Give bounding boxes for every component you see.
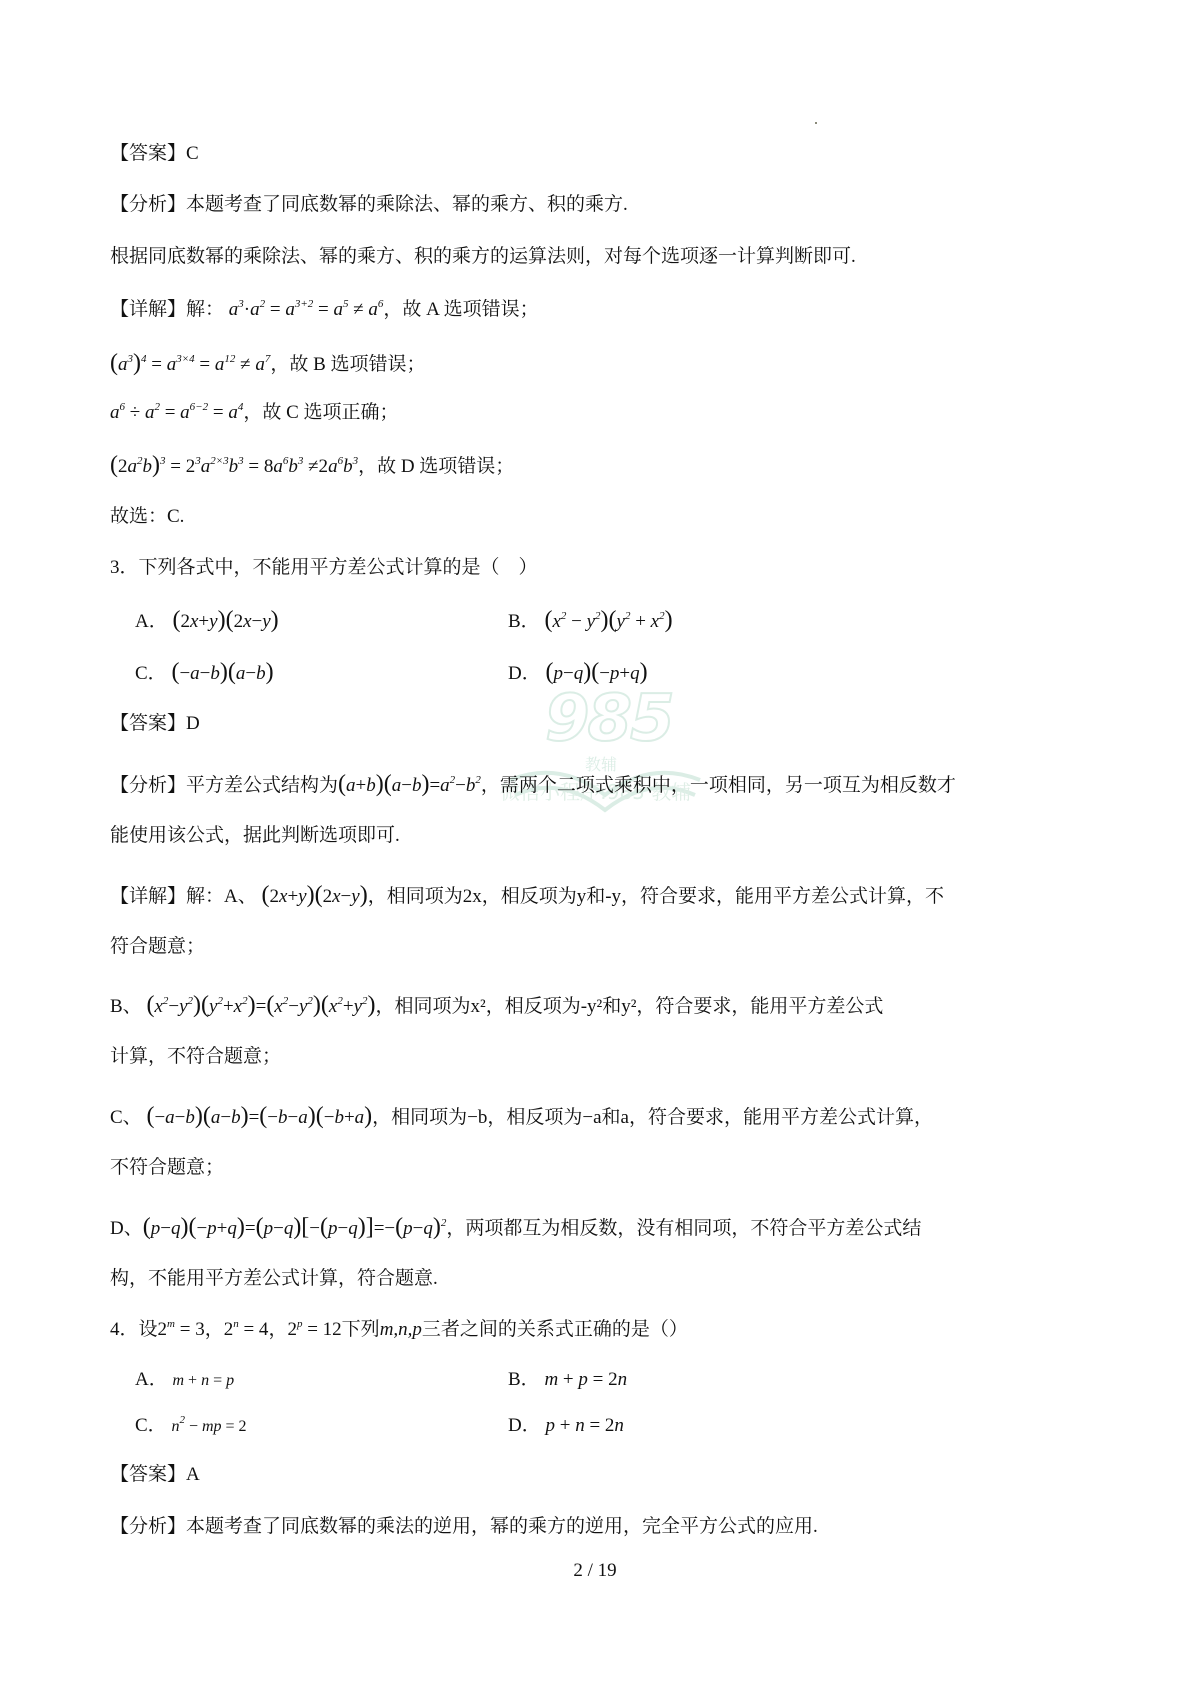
q3-analysis-cont: 能使用该公式，据此判断选项即可. — [110, 822, 400, 850]
q2-detail-a: 【详解】解： a3·a2 = a3+2 = a5 ≠ a6，故 A 选项错误； — [110, 296, 539, 324]
q4-option-a: A． m + n = p — [135, 1366, 234, 1395]
detail-prefix: C、 — [110, 1107, 142, 1128]
q2-detail-c: a6 ÷ a2 = a6−2 = a4，故 C 选项正确； — [110, 399, 399, 427]
q4-analysis: 【分析】本题考查了同底数幂的乘法的逆用，幂的乘方的逆用，完全平方公式的应用. — [110, 1513, 818, 1541]
q4-option-c: C． n2 − mp = 2 — [135, 1412, 247, 1441]
detail-prefix: B、 — [110, 996, 142, 1017]
option-expr: p + n = 2n — [545, 1415, 623, 1436]
question-stem: 下列各式中，不能用平方差公式计算的是（ ） — [139, 557, 538, 578]
step-math: (2a2b)3 = 23a2×3b3 = 8a6b3 ≠2a6b3 — [110, 456, 358, 477]
detail-expr: (2x+y)(2x−y) — [262, 886, 368, 907]
q3-analysis: 【分析】平方差公式结构为(a+b)(a−b)=a2−b2，需两个二项式乘积中，一… — [110, 770, 956, 800]
option-label: B． — [508, 611, 540, 632]
q3-option-d: D． (p−q)(−p+q) — [508, 658, 648, 688]
q3-stem: 3．下列各式中，不能用平方差公式计算的是（ ） — [110, 554, 538, 582]
step-conclusion: ，故 C 选项正确； — [243, 402, 398, 423]
analysis-formula: (a+b)(a−b)=a2−b2 — [338, 775, 481, 796]
step-math: a6 ÷ a2 = a6−2 = a4 — [110, 402, 243, 423]
answer-value: A — [186, 1464, 200, 1485]
detail-intro: 解： — [186, 299, 224, 320]
option-expr: (−a−b)(a−b) — [171, 663, 273, 684]
analysis-label: 【分析】 — [110, 194, 186, 215]
q3-detail-d: D、(p−q)(−p+q)=(p−q)[−(p−q)]=−(p−q)2，两项都互… — [110, 1213, 921, 1243]
option-label: C． — [135, 1415, 167, 1436]
analysis-text: 平方差公式结构为 — [186, 775, 338, 796]
answer-label: 【答案】 — [110, 1464, 186, 1485]
q3-detail-d-cont: 构，不能用平方差公式计算，符合题意. — [110, 1265, 438, 1293]
question-stem: 下列 — [342, 1319, 380, 1340]
step-math: (a3)4 = a3×4 = a12 ≠ a7 — [110, 354, 270, 375]
q2-analysis-2: 根据同底数幂的乘除法、幂的乘方、积的乘方的运算法则，对每个选项逐一计算判断即可. — [110, 243, 856, 271]
analysis-text: ，需两个二项式乘积中，一项相同，另一项互为相反数才 — [481, 775, 956, 796]
q4-option-d: D． p + n = 2n — [508, 1412, 624, 1440]
q2-detail-b: (a3)4 = a3×4 = a12 ≠ a7，故 B 选项错误； — [110, 349, 426, 379]
option-expr: m + n = p — [172, 1372, 234, 1389]
detail-expr: (p−q)(−p+q)=(p−q)[−(p−q)]=−(p−q)2 — [143, 1218, 447, 1239]
condition-3: 2p = 12 — [287, 1319, 341, 1340]
analysis-text: 本题考查了同底数幂的乘除法、幂的乘方、积的乘方. — [186, 194, 628, 215]
option-expr: (x2 − y2)(y2 + x2) — [544, 611, 672, 632]
option-label: D． — [508, 1415, 541, 1436]
detail-intro: 解： — [186, 886, 224, 907]
option-label: D． — [508, 663, 541, 684]
step-conclusion: ，故 A 选项错误； — [383, 299, 538, 320]
q3-detail-b-cont: 计算，不符合题意； — [110, 1043, 281, 1071]
question-stem: 三者之间的关系式正确的是（） — [422, 1319, 688, 1340]
step-conclusion: ，故 D 选项错误； — [358, 456, 514, 477]
q3-detail-c: C、 (−a−b)(a−b)=(−b−a)(−b+a)，相同项为−b，相反项为−… — [110, 1102, 933, 1132]
step-math: a3·a2 = a3+2 = a5 ≠ a6 — [229, 299, 384, 320]
q3-option-b: B． (x2 − y2)(y2 + x2) — [508, 606, 673, 636]
detail-expr: (x2−y2)(y2+x2)=(x2−y2)(x2+y2) — [146, 996, 375, 1017]
watermark-number: 985 — [545, 682, 673, 756]
option-label: A． — [135, 1369, 168, 1390]
q4-option-b: B． m + p = 2n — [508, 1366, 627, 1394]
question-vars: m,n,p — [380, 1319, 422, 1340]
question-number: 4． — [110, 1319, 139, 1340]
analysis-text: 本题考查了同底数幂的乘法的逆用，幂的乘方的逆用，完全平方公式的应用. — [186, 1516, 818, 1537]
detail-expr: (−a−b)(a−b)=(−b−a)(−b+a) — [146, 1107, 372, 1128]
condition-2: 2n = 4 — [224, 1319, 269, 1340]
q3-answer: 【答案】D — [110, 710, 200, 738]
q4-stem: 4．设2m = 3，2n = 4，2p = 12下列m,n,p三者之间的关系式正… — [110, 1316, 688, 1344]
q2-detail-d: (2a2b)3 = 23a2×3b3 = 8a6b3 ≠2a6b3，故 D 选项… — [110, 451, 514, 481]
answer-label: 【答案】 — [110, 713, 186, 734]
option-expr: n2 − mp = 2 — [171, 1418, 246, 1435]
question-number: 3． — [110, 557, 139, 578]
analysis-label: 【分析】 — [110, 775, 186, 796]
q3-option-a: A． (2x+y)(2x−y) — [135, 606, 279, 636]
option-expr: m + p = 2n — [544, 1369, 627, 1390]
q2-final: 故选：C. — [110, 503, 184, 531]
option-expr: (p−q)(−p+q) — [545, 663, 647, 684]
option-expr: (2x+y)(2x−y) — [172, 611, 278, 632]
detail-text: ，两项都互为相反数，没有相同项，不符合平方差公式结 — [446, 1218, 921, 1239]
step-conclusion: ，故 B 选项错误； — [270, 354, 425, 375]
q2-answer: 【答案】C — [110, 140, 199, 168]
answer-label: 【答案】 — [110, 143, 186, 164]
q3-detail-a-cont: 符合题意； — [110, 933, 205, 961]
q4-answer: 【答案】A — [110, 1461, 200, 1489]
page-number: 2 / 19 — [0, 1560, 1190, 1582]
scan-artifact-dot — [815, 122, 817, 124]
detail-label: 【详解】 — [110, 299, 186, 320]
condition-1: 2m = 3 — [158, 1319, 205, 1340]
detail-text: ，相同项为x²，相反项为-y²和y²，符合要求，能用平方差公式 — [376, 996, 884, 1017]
q3-detail-c-cont: 不符合题意； — [110, 1154, 224, 1182]
q3-detail-b: B、 (x2−y2)(y2+x2)=(x2−y2)(x2+y2)，相同项为x²，… — [110, 991, 883, 1021]
detail-text: ，相同项为−b，相反项为−a和a，符合要求，能用平方差公式计算， — [372, 1107, 933, 1128]
answer-value: D — [186, 713, 200, 734]
option-label: C． — [135, 663, 167, 684]
option-label: B． — [508, 1369, 540, 1390]
detail-prefix: A、 — [224, 886, 257, 907]
q2-analysis: 【分析】本题考查了同底数幂的乘除法、幂的乘方、积的乘方. — [110, 191, 628, 219]
q3-option-c: C． (−a−b)(a−b) — [135, 658, 274, 688]
detail-text: ，相同项为2x，相反项为y和-y，符合要求，能用平方差公式计算，不 — [368, 886, 944, 907]
q3-detail-a: 【详解】解：A、 (2x+y)(2x−y)，相同项为2x，相反项为y和-y，符合… — [110, 881, 944, 911]
question-stem: 设 — [139, 1319, 158, 1340]
detail-prefix: D、 — [110, 1218, 143, 1239]
detail-label: 【详解】 — [110, 886, 186, 907]
analysis-label: 【分析】 — [110, 1516, 186, 1537]
option-label: A． — [135, 611, 168, 632]
answer-value: C — [186, 143, 199, 164]
